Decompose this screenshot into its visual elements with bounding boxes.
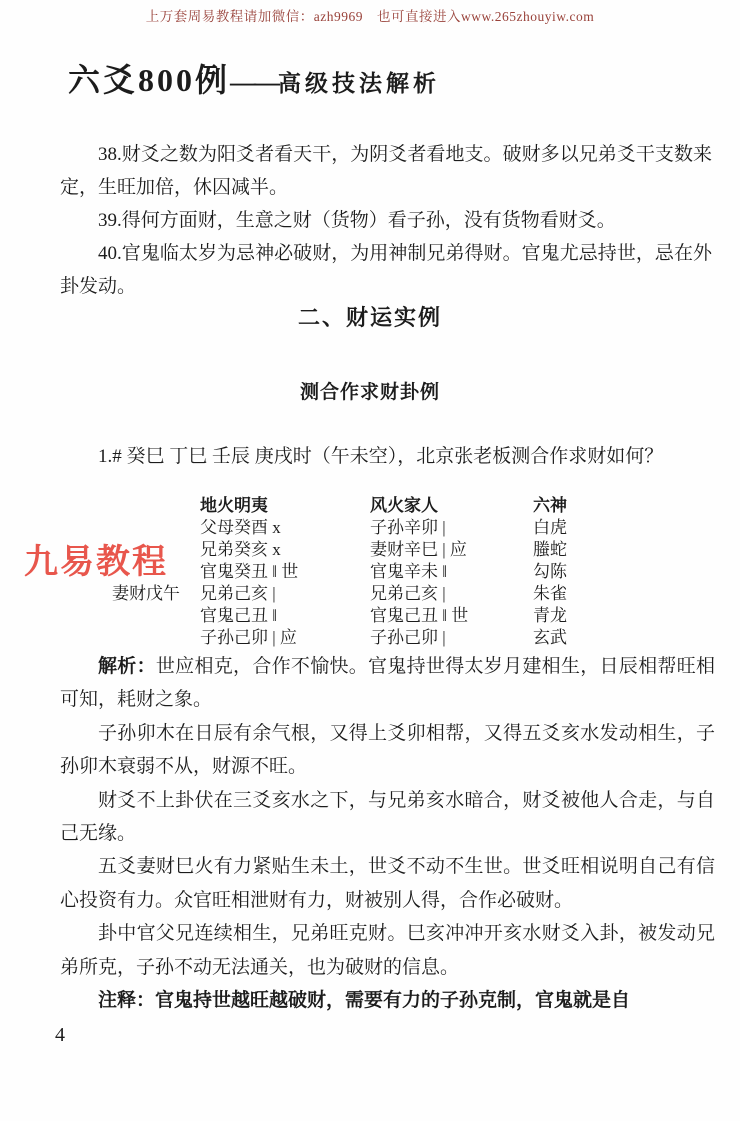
page-number: 4 (55, 1024, 65, 1047)
section-heading: 二、财运实例 (0, 301, 740, 332)
hexagram-row: 官鬼己丑 ‖ 官鬼己丑 ‖ 世 青龙 (60, 605, 700, 627)
hexagram-line: 父母癸酉 x (200, 517, 370, 539)
six-spirit-label: 螣蛇 (533, 539, 623, 561)
hexagram-column-3-header: 六神 (533, 495, 623, 517)
hexagram-side-label-slot (60, 605, 200, 627)
hexagram-line: 子孙辛卯 | (370, 517, 533, 539)
analysis-paragraph: 财爻不上卦伏在三爻亥水之下，与兄弟亥水暗合，财爻被他人合走，与自己无缘。 (60, 784, 715, 851)
hexagram-side-spacer (60, 495, 200, 517)
intro-paragraph-40: 40.官鬼临太岁为忌神必破财，为用神制兄弟得财。官鬼尤忌持世，忌在外卦发动。 (60, 237, 712, 303)
hexagram-line: 子孙己卯 | 应 (200, 627, 370, 649)
hexagram-line: 妻财辛巳 | 应 (370, 539, 533, 561)
book-page: 上万套周易教程请加微信：azh9969 也可直接进入www.265zhouyiw… (0, 0, 740, 1121)
intro-paragraph-38: 38.财爻之数为阳爻者看天干，为阴爻者看地支。破财多以兄弟爻干支数来定，生旺加倍… (60, 138, 712, 204)
hexagram-line: 兄弟己亥 | (200, 583, 370, 605)
hexagram-side-label: 妻财戊午 (60, 583, 200, 605)
hexagram-line: 子孙己卯 | (370, 627, 533, 649)
six-spirit-label: 朱雀 (533, 583, 623, 605)
page-title-subtitle: 高级技法解析 (278, 71, 440, 96)
six-spirit-label: 玄武 (533, 627, 623, 649)
site-watermark: 九易教程 (24, 534, 168, 583)
analysis-paragraph-lead: 解析：世应相克，合作不愉快。官鬼持世得太岁月建相生，日辰相帮旺相可知，耗财之象。 (60, 650, 715, 717)
note-lead-label: 注释： (98, 990, 155, 1011)
six-spirit-label: 勾陈 (533, 561, 623, 583)
hexagram-line: 官鬼辛未 ‖ (370, 561, 533, 583)
page-title: 六爻800例——高级技法解析 (68, 55, 440, 101)
analysis-paragraph: 卦中官父兄连续相生，兄弟旺克财。巳亥冲冲开亥水财爻入卦，被发动兄弟所克，子孙不动… (60, 917, 715, 984)
analysis-paragraph: 子孙卯木在日辰有余气根，又得上爻卯相帮，又得五爻亥水发动相生，子孙卯木衰弱不从，… (60, 717, 715, 784)
note-paragraph: 注释：官鬼持世越旺越破财，需要有力的子孙克制，官鬼就是自 (60, 984, 715, 1017)
six-spirit-label: 白虎 (533, 517, 623, 539)
hexagram-line: 官鬼己丑 ‖ (200, 605, 370, 627)
six-spirit-label: 青龙 (533, 605, 623, 627)
note-text: 官鬼持世越旺越破财，需要有力的子孙克制，官鬼就是自 (155, 990, 630, 1011)
hexagram-line: 官鬼癸丑 ‖ 世 (200, 561, 370, 583)
section-subheading: 测合作求财卦例 (0, 377, 740, 404)
hexagram-column-1-header: 地火明夷 (200, 495, 370, 517)
analysis-lead-label: 解析： (98, 656, 156, 677)
hexagram-line: 兄弟己亥 | (370, 583, 533, 605)
analysis-lead-text: 世应相克，合作不愉快。官鬼持世得太岁月建相生，日辰相帮旺相可知，耗财之象。 (60, 656, 715, 710)
case-intro-line: 1.# 癸巳 丁巳 壬辰 庚戌时（午未空），北京张老板测合作求财如何？ (60, 440, 712, 473)
hexagram-column-2-header: 风火家人 (370, 495, 533, 517)
page-title-dash: —— (230, 68, 278, 97)
hexagram-line: 兄弟癸亥 x (200, 539, 370, 561)
promo-header-text: 上万套周易教程请加微信：azh9969 也可直接进入www.265zhouyiw… (0, 5, 740, 25)
analysis-section: 解析：世应相克，合作不愉快。官鬼持世得太岁月建相生，日辰相帮旺相可知，耗财之象。… (60, 650, 715, 1017)
page-title-main: 六爻800例 (68, 62, 230, 98)
hexagram-row: 妻财戊午 兄弟己亥 | 兄弟己亥 | 朱雀 (60, 583, 700, 605)
hexagram-line: 官鬼己丑 ‖ 世 (370, 605, 533, 627)
hexagram-header-row: 地火明夷 风火家人 六神 (60, 495, 700, 517)
intro-paragraph-39: 39.得何方面财，生意之财（货物）看子孙，没有货物看财爻。 (60, 204, 712, 237)
hexagram-row: 子孙己卯 | 应 子孙己卯 | 玄武 (60, 627, 700, 649)
hexagram-side-label-slot (60, 627, 200, 649)
analysis-paragraph: 五爻妻财巳火有力紧贴生未土，世爻不动不生世。世爻旺相说明自己有信心投资有力。众官… (60, 850, 715, 917)
